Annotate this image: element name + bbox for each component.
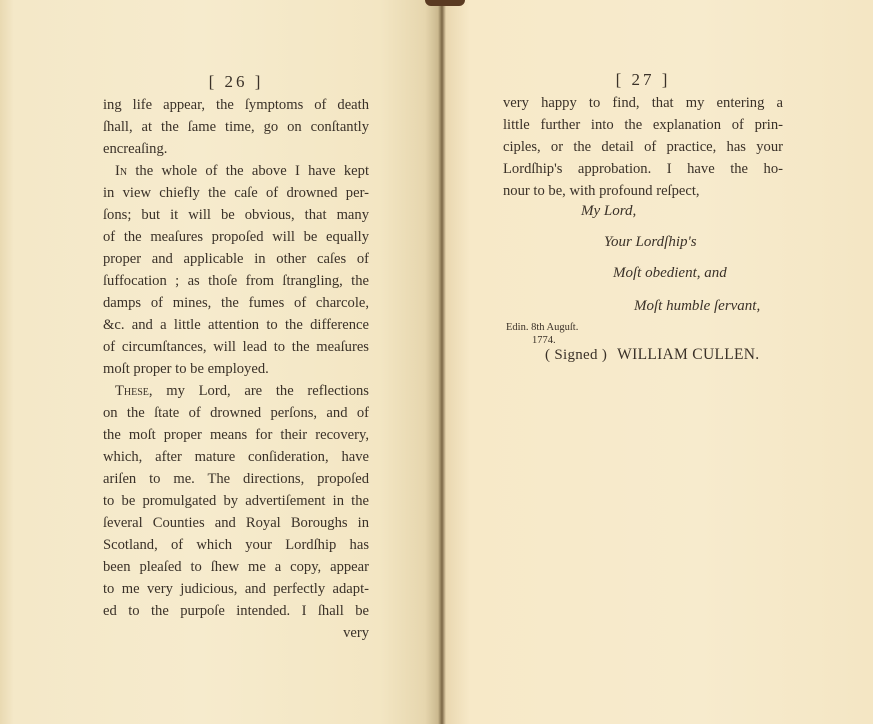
right-page: [ 27 ] very happy to find, that my enter… [503,68,783,202]
text-line: Scotland, of which your Lordſhip has [103,534,369,556]
book-spine-shadow [425,0,465,6]
date-line-1: Edin. 8th Auguſt. [506,321,578,334]
text-line: of circumſtances, will lead to the meaſu… [103,336,369,358]
text-line: ſhall, at the ſame time, go on conſtantl… [103,116,369,138]
text-line: In the whole of the above I have kept [103,160,369,182]
text-line: to me very judicious, and perfectly adap… [103,578,369,600]
signature-block: ( Signed )WILLIAM CULLEN. [545,346,759,364]
text-line: been pleaſed to ſhew me a copy, appear [103,556,369,578]
left-page: [ 26 ] ing life appear, the ſymptoms of … [103,70,369,644]
paragraph-lead: In [115,163,127,179]
text-line: very happy to find, that my entering a [503,92,783,114]
closing-line-2: Moſt obedient, and [613,265,727,282]
text-line: the moſt proper means for their recovery… [103,424,369,446]
text-line: nour to be, with profound reſpect, [503,180,783,202]
catchword: very [103,622,369,644]
text-line: ciples, or the detail of practice, has y… [503,136,783,158]
text-line: encreaſing. [103,138,369,160]
page-number-27: [ 27 ] [503,68,783,92]
text-line: in view chiefly the caſe of drowned per- [103,182,369,204]
text-line: ſons; but it will be obvious, that many [103,204,369,226]
signed-label: ( Signed ) [545,347,607,363]
text-line: Lordſhip's approbation. I have the ho- [503,158,783,180]
text-line: to be promulgated by advertiſement in th… [103,490,369,512]
text-line: ſuffocation ; as thoſe from ſtrangling, … [103,270,369,292]
text-line: &c. and a little attention to the differ… [103,314,369,336]
text-line: damps of mines, the fumes of charcole, [103,292,369,314]
signer-name: WILLIAM CULLEN. [617,346,759,363]
text-line: proper and applicable in other caſes of [103,248,369,270]
text-line: ing life appear, the ſymptoms of death [103,94,369,116]
text-line: These, my Lord, are the reflections [103,380,369,402]
text-line: on the ſtate of drowned perſons, and of [103,402,369,424]
text-line: moſt proper to be employed. [103,358,369,380]
closing-line-1: Your Lordſhip's [604,234,697,251]
salutation: My Lord, [581,203,636,220]
text-line: little further into the explanation of p… [503,114,783,136]
text-line: which, after mature conſideration, have [103,446,369,468]
closing-line-3: Moſt humble ſervant, [634,298,760,315]
text-line: ed to the purpoſe intended. I ſhall be [103,600,369,622]
text-line: ariſen to me. The directions, propoſed [103,468,369,490]
text-line: ſeveral Counties and Royal Boroughs in [103,512,369,534]
page-number-26: [ 26 ] [103,70,369,94]
text-line: of the meaſures propoſed will be equally [103,226,369,248]
paragraph-lead: These [115,383,149,399]
